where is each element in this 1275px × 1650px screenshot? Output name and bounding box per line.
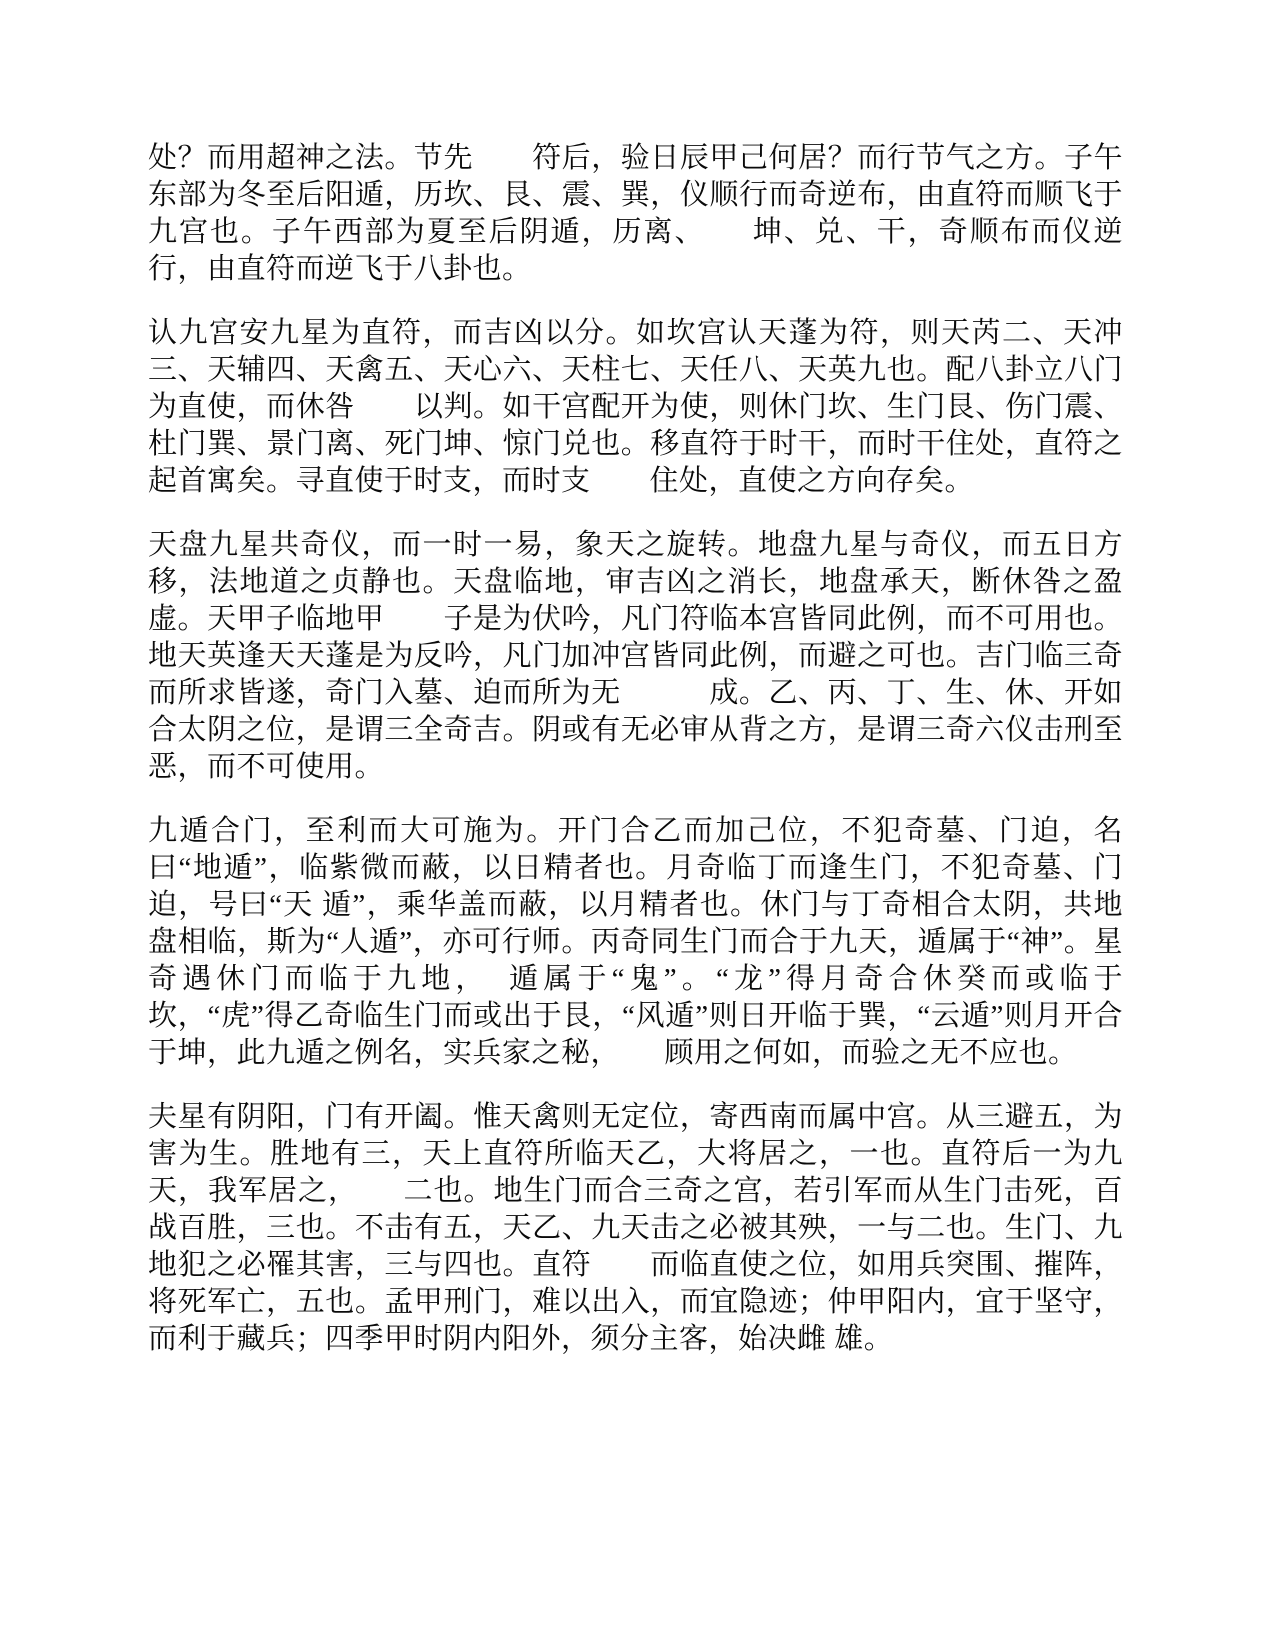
paragraph-1: 处？而用超神之法。节先 符后，验日辰甲己何居？而行节气之方。子午东部为冬至后阳遁… — [148, 140, 1123, 288]
paragraph-4: 九遁合门，至利而大可施为。开门合乙而加己位，不犯奇墓、门迫，名曰“地遁”，临紫微… — [148, 813, 1123, 1072]
document-page: 处？而用超神之法。节先 符后，验日辰甲己何居？而行节气之方。子午东部为冬至后阳遁… — [148, 140, 1123, 1385]
paragraph-3: 天盘九星共奇仪，而一时一易，象天之旋转。地盘九星与奇仪，而五日方移，法地道之贞静… — [148, 527, 1123, 786]
paragraph-5: 夫星有阴阳，门有开阖。惟天禽则无定位，寄西南而属中宫。从三避五，为害为生。胜地有… — [148, 1099, 1123, 1358]
paragraph-2: 认九宫安九星为直符，而吉凶以分。如坎宫认天蓬为符，则天芮二、天冲三、天辅四、天禽… — [148, 315, 1123, 500]
